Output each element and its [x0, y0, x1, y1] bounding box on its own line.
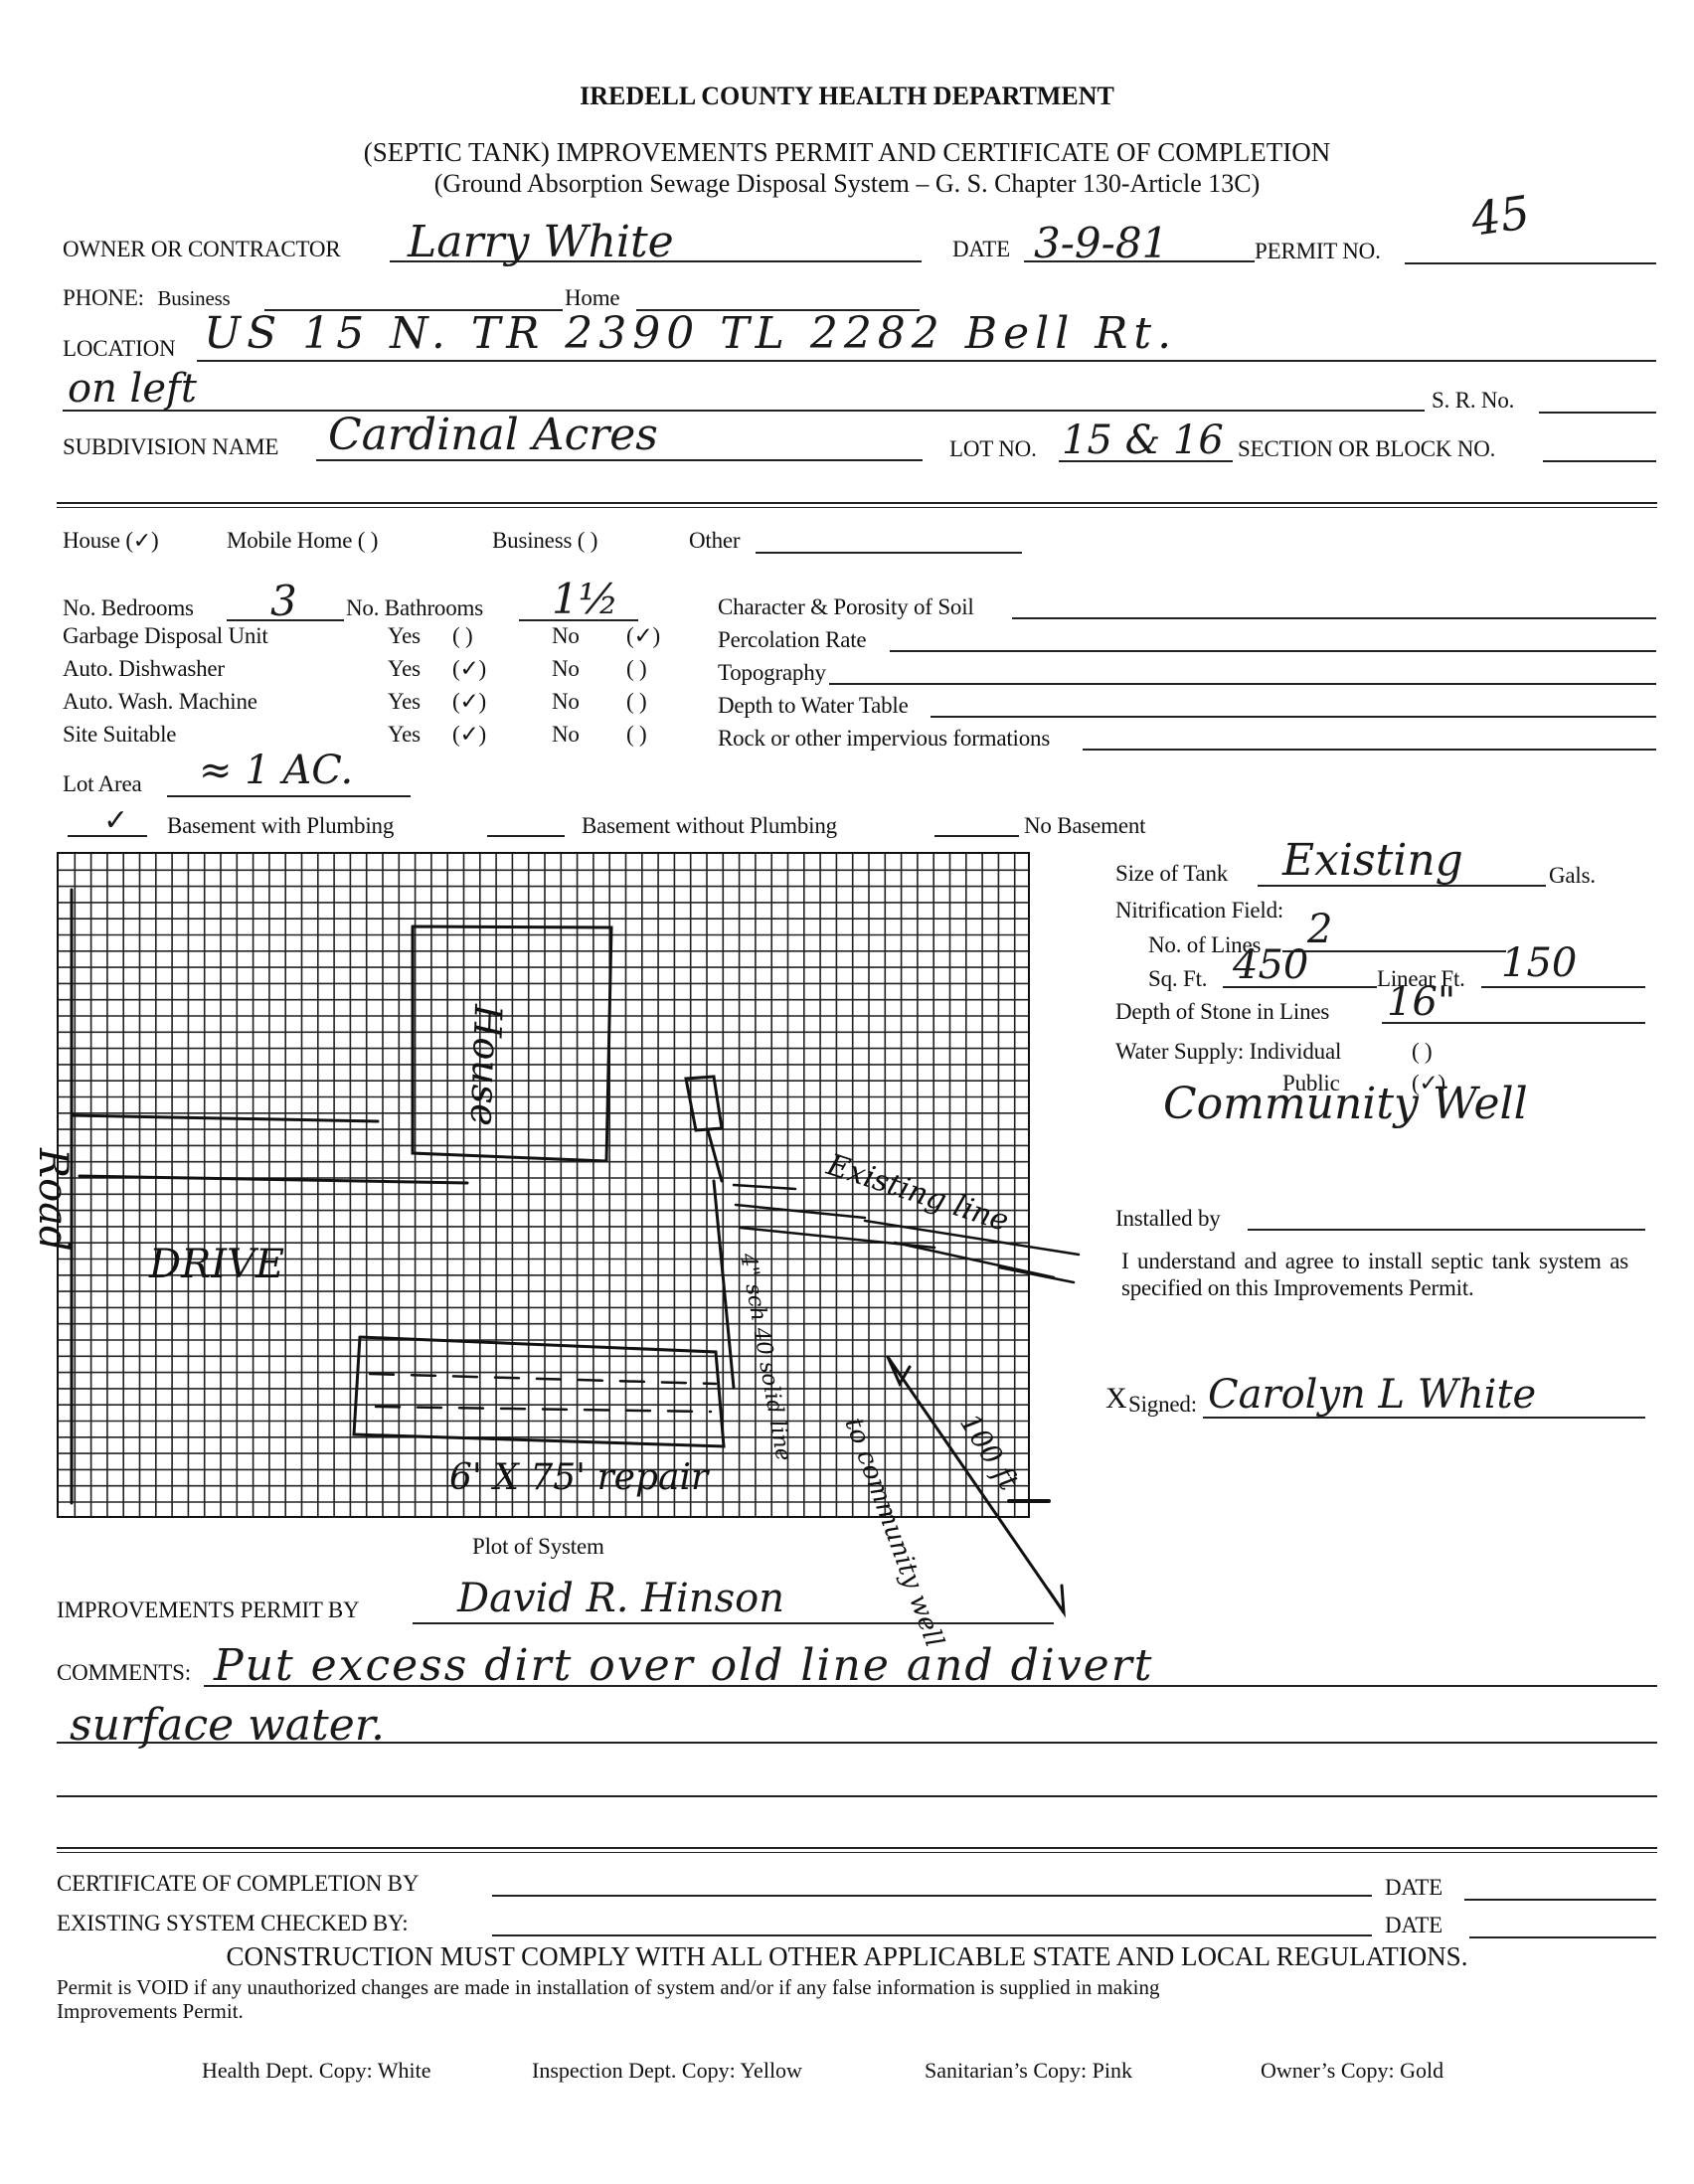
permit-no-label: PERMIT NO.	[1255, 239, 1381, 264]
location-field-line-1	[197, 360, 1656, 362]
location-label: LOCATION	[63, 336, 175, 362]
basement-without-blank[interactable]	[487, 835, 565, 837]
tank-size-label: Size of Tank	[1115, 861, 1228, 887]
soil-item-field[interactable]	[1083, 749, 1656, 751]
section-divider-1	[57, 502, 1657, 504]
lot-no-value[interactable]: 15 & 16	[1062, 418, 1224, 463]
certificate-date-label: DATE	[1385, 1875, 1442, 1901]
phone-label-text: PHONE:	[63, 285, 144, 310]
house-label: House (	[63, 528, 133, 553]
comments-value-line1[interactable]: Put excess dirt over old line and divert	[214, 1640, 1153, 1691]
copy-label: Inspection Dept. Copy: Yellow	[532, 2058, 802, 2084]
no-checkbox[interactable]: ( )	[626, 722, 646, 748]
phone-business-label: Business	[157, 286, 230, 310]
other-label: Other	[689, 528, 740, 554]
no-label: No	[552, 689, 580, 715]
permit-by-line	[413, 1622, 1054, 1624]
stone-depth-value[interactable]: 16"	[1387, 979, 1455, 1025]
linear-ft-value[interactable]: 150	[1501, 940, 1577, 986]
location-value-line2[interactable]: on left	[68, 366, 197, 412]
existing-date-field[interactable]	[1469, 1936, 1656, 1938]
certificate-divider-2	[57, 1852, 1657, 1853]
business-option[interactable]: Business ( )	[492, 528, 597, 554]
soil-item-label: Character & Porosity of Soil	[718, 594, 974, 620]
yes-checkbox[interactable]: (✓)	[452, 722, 486, 748]
subdivision-label: SUBDIVISION NAME	[63, 434, 278, 460]
soil-item-field[interactable]	[829, 683, 1656, 685]
section-block-field[interactable]	[1543, 460, 1656, 462]
soil-item-field[interactable]	[931, 716, 1656, 718]
no-basement-blank[interactable]	[934, 835, 1019, 837]
no-basement-label: No Basement	[1024, 813, 1145, 839]
basement-with-label: Basement with Plumbing	[167, 813, 394, 839]
yes-checkbox[interactable]: ( )	[452, 623, 472, 649]
existing-checked-field[interactable]	[492, 1934, 1372, 1936]
existing-checked-label: EXISTING SYSTEM CHECKED BY:	[57, 1911, 408, 1936]
permit-by-signature[interactable]: David R. Hinson	[457, 1576, 784, 1621]
basement-with-check-icon: ✓	[103, 803, 128, 838]
comments-line-3	[57, 1795, 1657, 1797]
bedrooms-label: No. Bedrooms	[63, 595, 194, 621]
question-label: Auto. Wash. Machine	[63, 689, 257, 715]
signed-x-mark: X	[1105, 1382, 1127, 1416]
void-notice-line1: Permit is VOID if any unauthorized chang…	[57, 1975, 1159, 2000]
existing-date-label: DATE	[1385, 1913, 1442, 1938]
soil-item-label: Depth to Water Table	[718, 693, 909, 719]
location-value-line1[interactable]: US 15 N. TR 2390 TL 2282 Bell Rt.	[204, 308, 1177, 359]
no-checkbox[interactable]: ( )	[626, 689, 646, 715]
soil-item-label: Percolation Rate	[718, 627, 866, 653]
copy-label: Health Dept. Copy: White	[202, 2058, 431, 2084]
signed-label: Signed:	[1128, 1392, 1197, 1418]
installed-by-label: Installed by	[1115, 1206, 1221, 1232]
certificate-divider-1	[57, 1847, 1657, 1849]
agreement-text: I understand and agree to install septic…	[1121, 1248, 1628, 1301]
bedrooms-value[interactable]: 3	[270, 577, 297, 625]
no-label: No	[552, 623, 580, 649]
yes-checkbox[interactable]: (✓)	[452, 689, 486, 715]
form-subtitle: (Ground Absorption Sewage Disposal Syste…	[0, 169, 1694, 199]
no-label: No	[552, 656, 580, 682]
lot-no-label: LOT NO.	[949, 436, 1037, 462]
certificate-label: CERTIFICATE OF COMPLETION BY	[57, 1871, 419, 1897]
soil-item-field[interactable]	[1012, 617, 1656, 619]
tank-unit: Gals.	[1549, 863, 1596, 889]
question-label: Garbage Disposal Unit	[63, 623, 268, 649]
section-block-label: SECTION OR BLOCK NO.	[1238, 436, 1495, 462]
installed-by-field[interactable]	[1248, 1229, 1645, 1231]
copy-label: Owner’s Copy: Gold	[1261, 2058, 1443, 2084]
permit-by-label: IMPROVEMENTS PERMIT BY	[57, 1597, 359, 1623]
void-notice-line2: Improvements Permit.	[57, 1999, 244, 2024]
lot-area-field-line	[167, 795, 411, 797]
mobile-home-option[interactable]: Mobile Home ( )	[227, 528, 378, 554]
permit-no-field-line	[1405, 262, 1656, 264]
owner-value[interactable]: Larry White	[408, 217, 674, 267]
comments-value-line2[interactable]: surface water.	[70, 1700, 385, 1751]
lot-area-label: Lot Area	[63, 771, 142, 797]
house-option[interactable]: House (✓)	[63, 528, 158, 554]
no-checkbox[interactable]: ( )	[626, 656, 646, 682]
basement-without-label: Basement without Plumbing	[582, 813, 837, 839]
house-check-icon: ✓	[133, 529, 151, 554]
sqft-value[interactable]: 450	[1233, 942, 1308, 988]
yes-label: Yes	[388, 722, 421, 748]
yes-checkbox[interactable]: (✓)	[452, 656, 486, 682]
question-label: Site Suitable	[63, 722, 176, 748]
department-title: IREDELL COUNTY HEALTH DEPARTMENT	[0, 82, 1694, 111]
yes-label: Yes	[388, 689, 421, 715]
copy-label: Sanitarian’s Copy: Pink	[925, 2058, 1132, 2084]
sr-no-label: S. R. No.	[1432, 388, 1514, 414]
date-label: DATE	[952, 237, 1010, 262]
no-checkbox[interactable]: (✓)	[626, 623, 660, 649]
location-field-line-2	[63, 410, 1425, 412]
date-value[interactable]: 3-9-81	[1034, 219, 1168, 267]
plot-caption: Plot of System	[472, 1534, 604, 1560]
compliance-notice: CONSTRUCTION MUST COMPLY WITH ALL OTHER …	[0, 1941, 1694, 1972]
yes-label: Yes	[388, 623, 421, 649]
owner-signature[interactable]: Carolyn L White	[1208, 1372, 1536, 1418]
linear-ft-field-line	[1481, 986, 1645, 988]
subdivision-value[interactable]: Cardinal Acres	[328, 410, 658, 460]
owner-label: OWNER OR CONTRACTOR	[63, 237, 340, 262]
yes-label: Yes	[388, 656, 421, 682]
certificate-date-field[interactable]	[1464, 1899, 1656, 1901]
lot-area-value[interactable]: ≈ 1 AC.	[199, 748, 353, 793]
form-title: (SEPTIC TANK) IMPROVEMENTS PERMIT AND CE…	[0, 137, 1694, 168]
section-divider-2	[57, 507, 1657, 508]
water-supply-note: Community Well	[1163, 1079, 1528, 1129]
nitrification-label: Nitrification Field:	[1115, 898, 1283, 924]
soil-item-field[interactable]	[890, 650, 1656, 652]
comments-label: COMMENTS:	[57, 1660, 191, 1686]
tank-size-value[interactable]: Existing	[1282, 835, 1463, 886]
water-individual-option[interactable]: ( )	[1412, 1039, 1432, 1065]
no-label: No	[552, 722, 580, 748]
soil-item-label: Topography	[718, 660, 826, 686]
plot-grid[interactable]	[57, 852, 1030, 1518]
water-supply-label: Water Supply: Individual	[1115, 1039, 1341, 1065]
lines-value[interactable]: 2	[1307, 907, 1332, 952]
permit-no-value[interactable]: 45	[1468, 185, 1533, 247]
stone-depth-label: Depth of Stone in Lines	[1115, 999, 1329, 1025]
sr-no-field[interactable]	[1539, 412, 1656, 414]
sqft-label: Sq. Ft.	[1148, 966, 1207, 992]
bathrooms-label: No. Bathrooms	[346, 595, 483, 621]
other-field[interactable]	[756, 552, 1022, 554]
certificate-field[interactable]	[492, 1895, 1372, 1897]
question-label: Auto. Dishwasher	[63, 656, 225, 682]
soil-item-label: Rock or other impervious formations	[718, 726, 1050, 752]
bathrooms-value[interactable]: 1½	[552, 575, 618, 623]
